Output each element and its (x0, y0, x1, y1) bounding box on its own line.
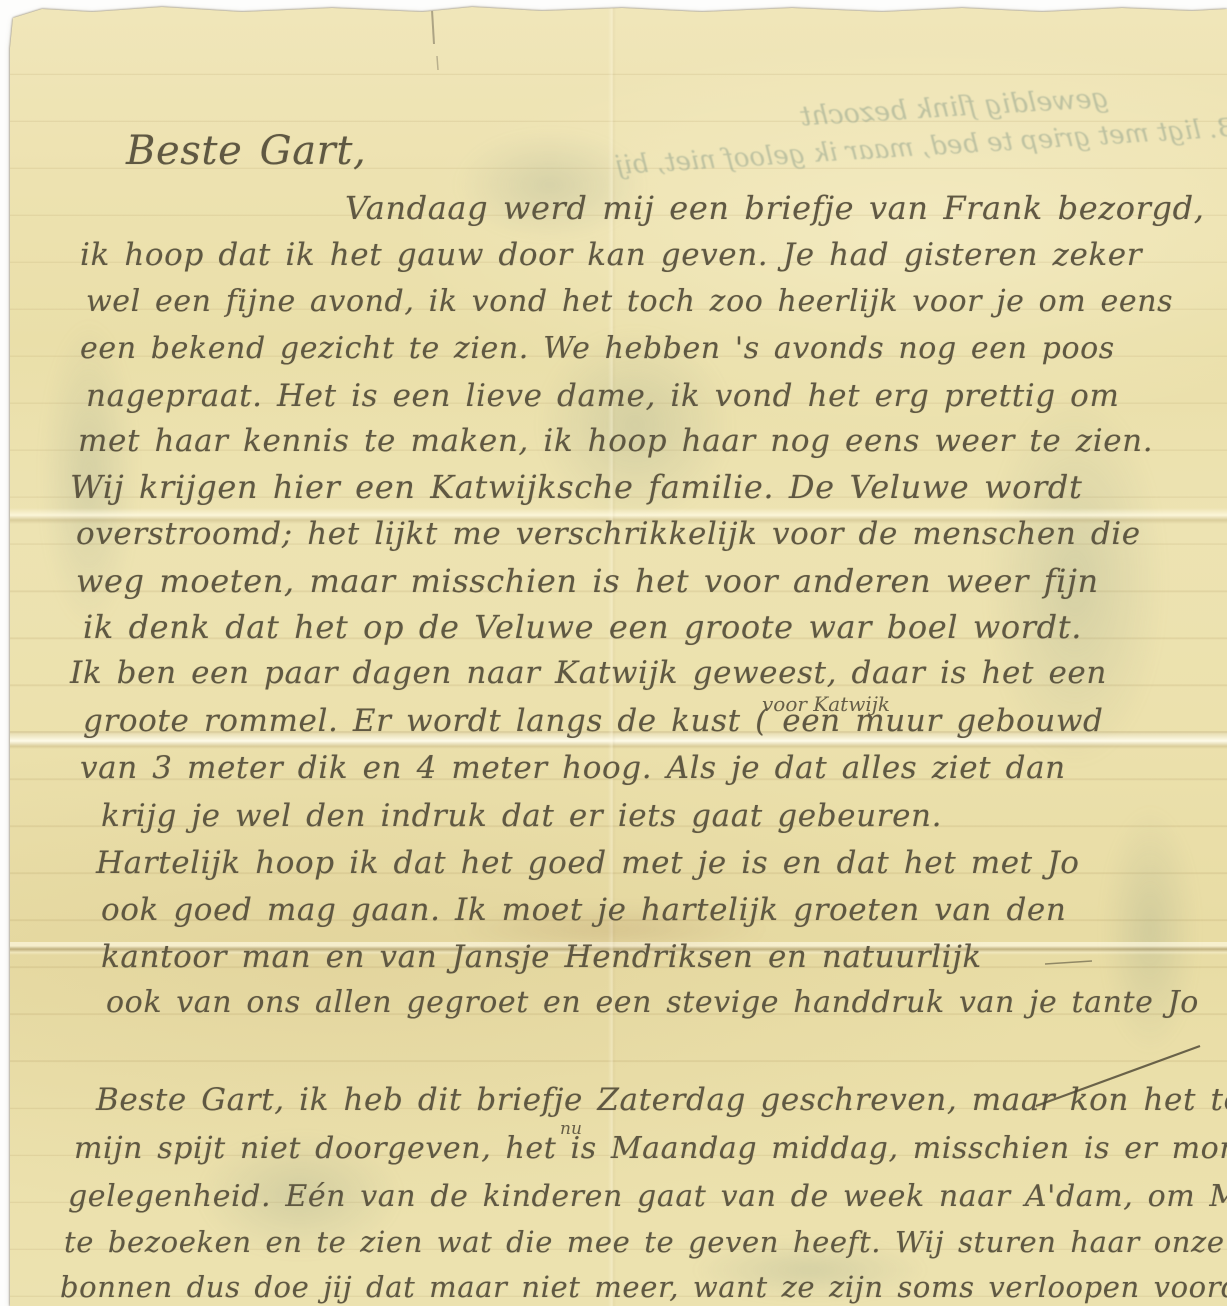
letter-line: nagepraat. Het is een lieve dame, ik von… (86, 379, 1119, 415)
letter-page-wrap: geweldig flink bezocht B. ligt met griep… (0, 0, 1227, 1306)
red-speck (3, 1262, 9, 1265)
letter-line: met haar kennis te maken, ik hoop haar n… (78, 424, 1153, 460)
letter-line: van 3 meter dik en 4 meter hoog. Als je … (80, 751, 1066, 787)
scanned-letter-screenshot: { "letter": { "kind": "handwritten lette… (0, 0, 1227, 1306)
letter-line: Hartelijk hoop ik dat het goed met je is… (96, 846, 1079, 882)
letter-line: Vandaag werd mij een briefje van Frank b… (345, 190, 1204, 227)
letter-line: mijn spijt niet doorgeven, het is Maanda… (74, 1132, 1227, 1167)
letter-line: bonnen dus doe jij dat maar niet meer, w… (60, 1271, 1227, 1304)
letter-line: weg moeten, maar misschien is het voor a… (76, 563, 1099, 600)
letter-salutation: Beste Gart, (126, 128, 366, 174)
letter-line: ook goed mag gaan. Ik moet je hartelijk … (101, 893, 1066, 929)
letter-line: krijg je wel den indruk dat er iets gaat… (101, 799, 942, 835)
letter-line: ik hoop dat ik het gauw door kan geven. … (80, 238, 1142, 274)
letter-line: gelegenheid. Eén van de kinderen gaat va… (68, 1180, 1227, 1215)
insertion-voor-katwijk: voor Katwijk (762, 692, 890, 716)
letter-line: wel een fijne avond, ik vond het toch zo… (86, 285, 1173, 320)
bleed-through-blot (1085, 760, 1215, 1100)
insertion-nu: nu (560, 1119, 582, 1139)
letter-line: Ik ben een paar dagen naar Katwijk gewee… (70, 656, 1107, 692)
red-speck (1, 131, 5, 134)
letter-line: overstroomd; het lijkt me verschrikkelij… (76, 517, 1141, 553)
letter-line: groote rommel. Er wordt langs de kust ( … (83, 704, 1103, 740)
letter-line: te bezoeken en te zien wat die mee te ge… (64, 1226, 1227, 1259)
letter-line: een bekend gezicht te zien. We hebben 's… (80, 332, 1115, 367)
letter-line: Beste Gart, ik heb dit briefje Zaterdag … (96, 1083, 1227, 1119)
red-speck (5, 119, 8, 123)
letter-line: ik denk dat het op de Veluwe een groote … (83, 609, 1082, 646)
letter-line: Wij krijgen hier een Katwijksche familie… (70, 469, 1082, 506)
letter-line: ook van ons allen gegroet en een stevige… (106, 986, 1199, 1021)
letter-page: geweldig flink bezocht B. ligt met griep… (0, 0, 1227, 1306)
red-speck (2, 96, 7, 102)
letter-line: kantoor man en van Jansje Hendriksen en … (101, 940, 982, 976)
